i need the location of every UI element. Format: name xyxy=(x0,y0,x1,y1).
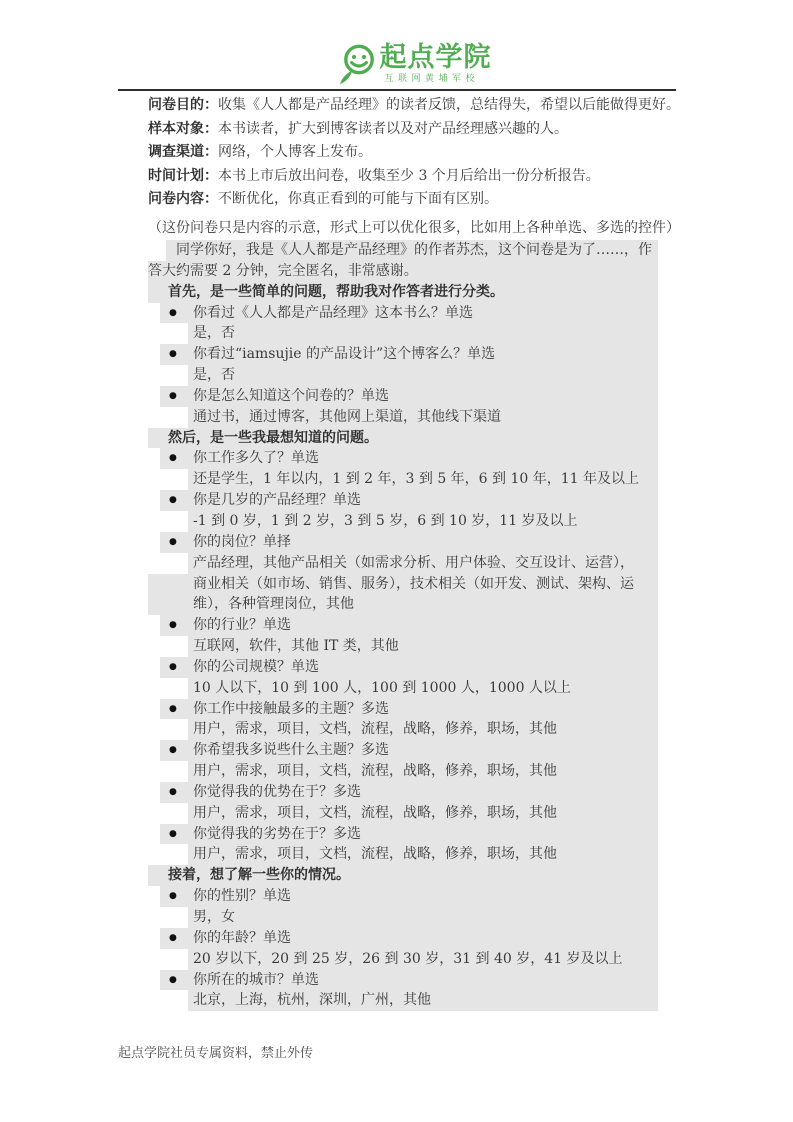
survey-line-answer: 是，否 xyxy=(188,365,658,386)
question-text: 你工作多久了？单选 xyxy=(193,450,319,466)
bullet-icon: ● xyxy=(160,782,193,803)
note-line: （这份问卷只是内容的示意，形式上可以优化很多，比如用上各种单选、多选的控件） xyxy=(148,218,688,239)
brand-name: 起点学院 xyxy=(380,44,492,72)
meta-row-channel: 调查渠道：网络，个人博客上发布。 xyxy=(148,141,688,165)
bullet-icon: ● xyxy=(160,490,193,511)
question-text: 你看过“iamsujie 的产品设计”这个博客么？单选 xyxy=(193,346,495,362)
question-text: 你是怎么知道这个问卷的？单选 xyxy=(193,388,389,404)
survey-line-answer: 用户，需求，项目，文档，流程，战略，修养，职场，其他 xyxy=(188,761,658,782)
survey-line-question: ●你的岗位？单择 xyxy=(160,532,658,553)
bullet-icon: ● xyxy=(160,928,193,949)
survey-line-heading: 首先，是一些简单的问题，帮助我对作答者进行分类。 xyxy=(148,282,658,303)
survey-line-question: ●你看过《人人都是产品经理》这本书么？单选 xyxy=(160,303,658,324)
meta-section: 问卷目的：收集《人人都是产品经理》的读者反馈，总结得失，希望以后能做得更好。 样… xyxy=(148,94,688,212)
survey-line-intro1: 同学你好，我是《人人都是产品经理》的作者苏杰，这个问卷是为了……，作 xyxy=(166,240,658,261)
meta-label: 调查渠道： xyxy=(148,144,218,160)
bullet-icon: ● xyxy=(160,303,193,324)
meta-text: 不断优化，你真正看到的可能与下面有区别。 xyxy=(218,191,498,207)
survey-line-question: ●你觉得我的优势在于？多选 xyxy=(160,782,658,803)
meta-row-schedule: 时间计划：本书上市后放出问卷，收集至少 3 个月后给出一份分析报告。 xyxy=(148,165,688,189)
survey-line-answer: 是，否 xyxy=(188,323,658,344)
meta-row-purpose: 问卷目的：收集《人人都是产品经理》的读者反馈，总结得失，希望以后能做得更好。 xyxy=(148,94,688,118)
survey-line-question: ●你的行业？单选 xyxy=(160,615,658,636)
bullet-icon: ● xyxy=(160,699,193,720)
survey-line-question: ●你所在的城市？单选 xyxy=(160,970,658,991)
meta-text: 本书读者，扩大到博客读者以及对产品经理感兴趣的人。 xyxy=(218,121,568,137)
bullet-icon: ● xyxy=(160,448,193,469)
meta-text: 本书上市后放出问卷，收集至少 3 个月后给出一份分析报告。 xyxy=(218,168,600,184)
question-text: 你看过《人人都是产品经理》这本书么？单选 xyxy=(193,305,473,321)
survey-block: 同学你好，我是《人人都是产品经理》的作者苏杰，这个问卷是为了……，作答大约需要 … xyxy=(148,240,658,1011)
bullet-icon: ● xyxy=(160,386,193,407)
question-text: 你的性别？单选 xyxy=(193,888,291,904)
bullet-icon: ● xyxy=(160,886,193,907)
survey-line-question: ●你工作中接触最多的主题？多选 xyxy=(160,699,658,720)
meta-label: 时间计划： xyxy=(148,168,218,184)
survey-line-answer: 用户，需求，项目，文档，流程，战略，修养，职场，其他 xyxy=(188,803,658,824)
question-text: 你所在的城市？单选 xyxy=(193,972,319,988)
bullet-icon: ● xyxy=(160,615,193,636)
survey-line-answer: 北京，上海，杭州，深圳，广州，其他 xyxy=(188,990,658,1011)
bullet-icon: ● xyxy=(160,824,193,845)
survey-line-wrap: 商业相关（如市场、销售、服务），技术相关（如开发、测试、架构、运 xyxy=(148,574,658,595)
survey-line-answer: 产品经理，其他产品相关（如需求分析、用户体验、交互设计、运营）， xyxy=(188,553,658,574)
question-text: 你的行业？单选 xyxy=(193,617,291,633)
survey-line-question: ●你觉得我的劣势在于？多选 xyxy=(160,824,658,845)
survey-line-wrap: 维），各种管理岗位，其他 xyxy=(148,594,658,615)
question-text: 你的公司规模？单选 xyxy=(193,659,319,675)
question-text: 你是几岁的产品经理？单选 xyxy=(193,492,361,508)
survey-line-answer: 互联网，软件，其他 IT 类，其他 xyxy=(188,636,658,657)
meta-text: 网络，个人博客上发布。 xyxy=(218,144,372,160)
survey-line-question: ●你是怎么知道这个问卷的？单选 xyxy=(160,386,658,407)
bullet-icon: ● xyxy=(160,344,193,365)
meta-text: 收集《人人都是产品经理》的读者反馈，总结得失，希望以后能做得更好。 xyxy=(218,97,680,113)
question-text: 你的岗位？单择 xyxy=(193,534,291,550)
survey-line-answer: 用户，需求，项目，文档，流程，战略，修养，职场，其他 xyxy=(188,719,658,740)
survey-line-question: ●你的性别？单选 xyxy=(160,886,658,907)
header-divider xyxy=(118,89,676,91)
bullet-icon: ● xyxy=(160,740,193,761)
question-text: 你觉得我的优势在于？多选 xyxy=(193,784,361,800)
qidian-logo: 起点学院 互联网黄埔军校 xyxy=(338,42,492,86)
meta-label: 样本对象： xyxy=(148,121,218,137)
logo-text: 起点学院 互联网黄埔军校 xyxy=(380,44,492,85)
meta-label: 问卷内容： xyxy=(148,191,218,207)
survey-line-question: ●你看过“iamsujie 的产品设计”这个博客么？单选 xyxy=(160,344,658,365)
bullet-icon: ● xyxy=(160,532,193,553)
survey-line-question: ●你的年龄？单选 xyxy=(160,928,658,949)
question-text: 你工作中接触最多的主题？多选 xyxy=(193,701,389,717)
meta-row-content: 问卷内容：不断优化，你真正看到的可能与下面有区别。 xyxy=(148,188,688,212)
survey-line-question: ●你希望我多说些什么主题？多选 xyxy=(160,740,658,761)
smiley-q-icon xyxy=(338,42,378,86)
survey-line-answer: 还是学生，1 年以内，1 到 2 年，3 到 5 年，6 到 10 年，11 年… xyxy=(188,469,658,490)
meta-row-sample: 样本对象：本书读者，扩大到博客读者以及对产品经理感兴趣的人。 xyxy=(148,118,688,142)
survey-line-question: ●你的公司规模？单选 xyxy=(160,657,658,678)
page-header: 起点学院 互联网黄埔军校 xyxy=(0,42,793,86)
footer-notice: 起点学院社员专属资料，禁止外传 xyxy=(118,1042,313,1061)
survey-line-answer: 10 人以下，10 到 100 人，100 到 1000 人，1000 人以上 xyxy=(188,678,658,699)
survey-line-answer: -1 到 0 岁，1 到 2 岁，3 到 5 岁，6 到 10 岁，11 岁及以… xyxy=(188,511,658,532)
survey-line-answer: 20 岁以下，20 到 25 岁，26 到 30 岁，31 到 40 岁，41 … xyxy=(188,949,658,970)
question-text: 你觉得我的劣势在于？多选 xyxy=(193,826,361,842)
survey-line-answer: 男，女 xyxy=(188,907,658,928)
bullet-icon: ● xyxy=(160,657,193,678)
meta-label: 问卷目的： xyxy=(148,97,218,113)
survey-line-intro2: 答大约需要 2 分钟，完全匿名，非常感谢。 xyxy=(148,261,658,282)
survey-line-heading: 接着，想了解一些你的情况。 xyxy=(148,865,658,886)
bullet-icon: ● xyxy=(160,970,193,991)
survey-line-heading: 然后，是一些我最想知道的问题。 xyxy=(148,428,658,449)
question-text: 你希望我多说些什么主题？多选 xyxy=(193,742,389,758)
survey-line-answer: 用户，需求，项目，文档，流程，战略，修养，职场，其他 xyxy=(188,844,658,865)
question-text: 你的年龄？单选 xyxy=(193,930,291,946)
brand-tagline: 互联网黄埔军校 xyxy=(380,74,492,85)
survey-line-answer: 通过书，通过博客，其他网上渠道，其他线下渠道 xyxy=(188,407,658,428)
survey-line-question: ●你工作多久了？单选 xyxy=(160,448,658,469)
survey-line-question: ●你是几岁的产品经理？单选 xyxy=(160,490,658,511)
